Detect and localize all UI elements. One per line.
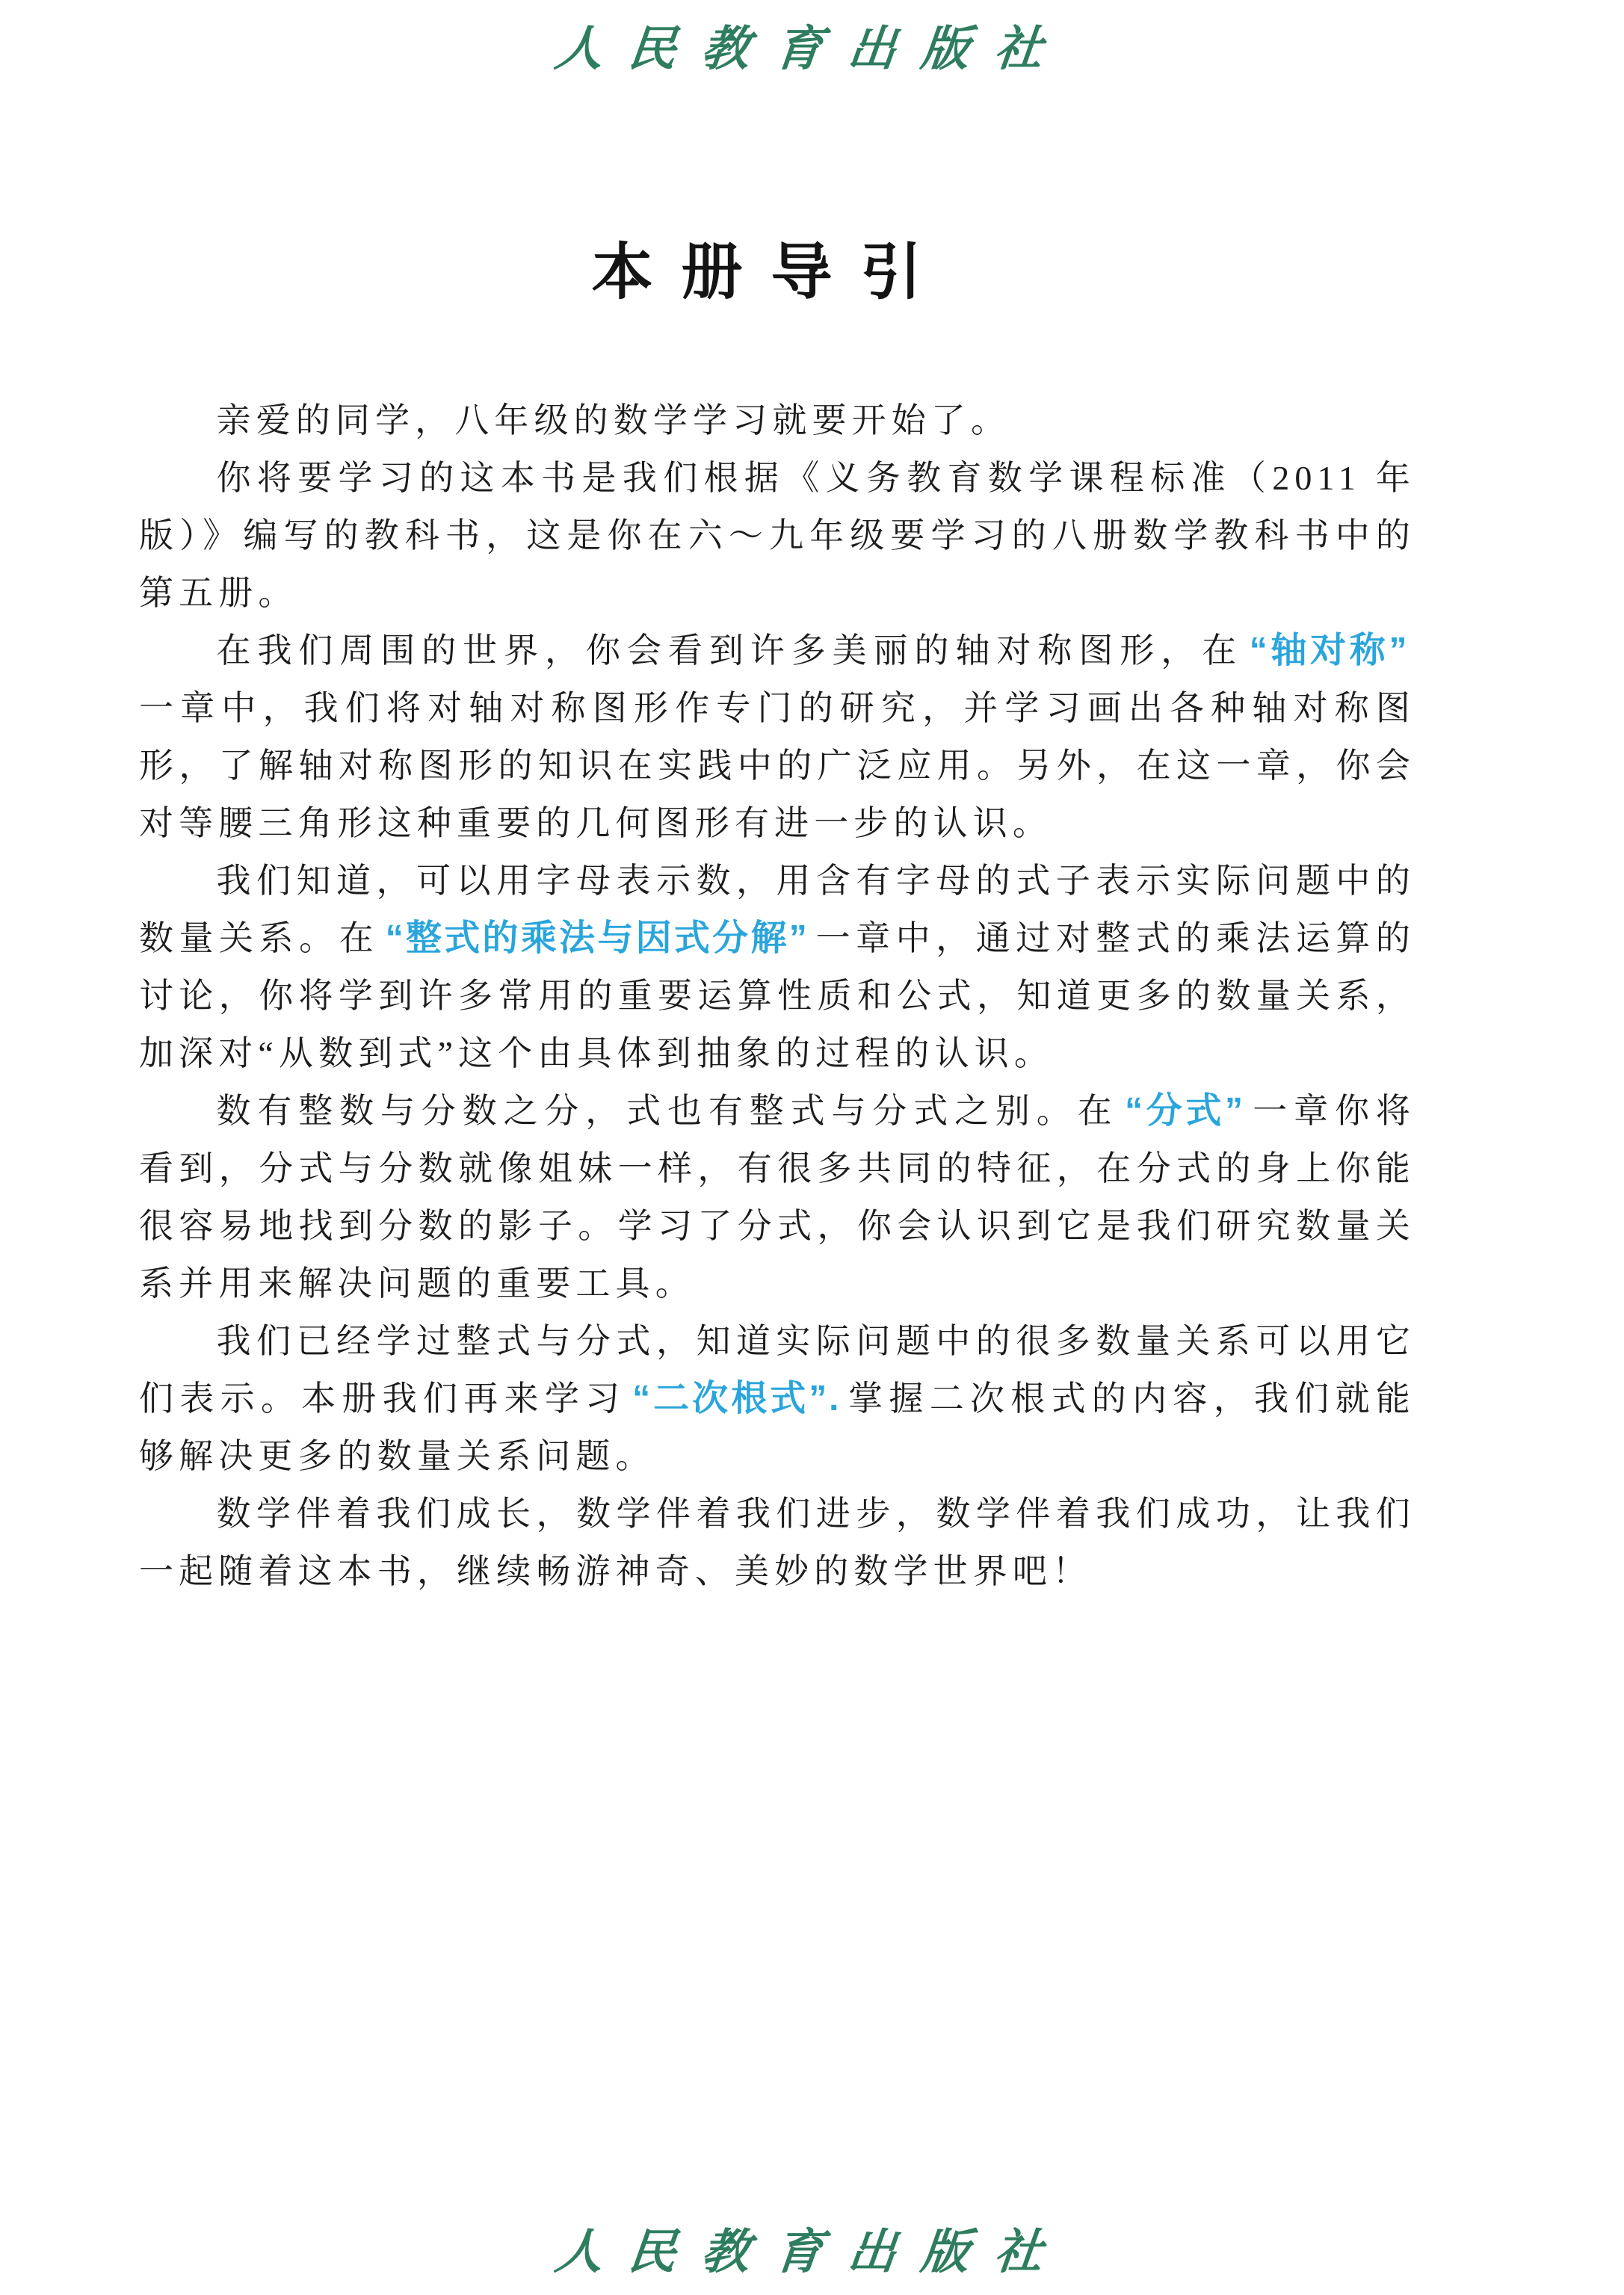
chapter-term-axial-symmetry: “轴对称” xyxy=(1250,631,1410,670)
paragraph-text: 在我们周围的世界，你会看到许多美丽的轴对称图形，在 xyxy=(217,631,1244,670)
paragraph-text: 一章中，我们将对轴对称图形作专门的研究，并学习画出各种轴对称图形，了解轴对称图形… xyxy=(139,689,1415,842)
chapter-term-multiplication-factoring: “整式的乘法与因式分解” xyxy=(386,918,809,958)
paragraph-closing: 数学伴着我们成长，数学伴着我们进步，数学伴着我们成功，让我们一起随着这本书，继续… xyxy=(139,1485,1415,1600)
publisher-logo-footer: 人民教育出版社 xyxy=(0,2214,1624,2282)
paragraph-axial-symmetry: 在我们周围的世界，你会看到许多美丽的轴对称图形，在“轴对称”一章中，我们将对轴对… xyxy=(139,622,1415,852)
paragraph-greeting: 亲爱的同学，八年级的数学学习就要开始了。 xyxy=(139,392,1415,449)
textbook-page: 人民教育出版社 本册导引 亲爱的同学，八年级的数学学习就要开始了。 你将要学习的… xyxy=(0,0,1624,2295)
paragraph-text: 亲爱的同学，八年级的数学学习就要开始了。 xyxy=(217,401,1011,439)
paragraph-quadratic-radicals: 我们已经学过整式与分式，知道实际问题中的很多数量关系可以用它们表示。本册我们再来… xyxy=(139,1312,1415,1485)
page-title: 本册导引 xyxy=(0,223,1542,311)
paragraph-text: 你将要学习的这本书是我们根据《义务教育数学课程标准（2011 年版）》编写的教科… xyxy=(139,459,1415,612)
introduction-text: 亲爱的同学，八年级的数学学习就要开始了。 你将要学习的这本书是我们根据《义务教育… xyxy=(139,392,1415,1600)
paragraph-fractions: 数有整数与分数之分，式也有整式与分式之别。在“分式”一章你将看到，分式与分数就像… xyxy=(139,1082,1415,1312)
paragraph-book-overview: 你将要学习的这本书是我们根据《义务教育数学课程标准（2011 年版）》编写的教科… xyxy=(139,449,1415,622)
paragraph-integer-expressions: 我们知道，可以用字母表示数，用含有字母的式子表示实际问题中的数量关系。在“整式的… xyxy=(139,852,1415,1082)
chapter-term-fractional-expressions: “分式” xyxy=(1125,1091,1245,1131)
paragraph-text: 数有整数与分数之分，式也有整式与分式之别。在 xyxy=(217,1092,1119,1130)
chapter-term-quadratic-radicals: “二次根式”. xyxy=(632,1379,841,1418)
publisher-logo-header: 人民教育出版社 xyxy=(0,10,1624,79)
paragraph-text: 数学伴着我们成长，数学伴着我们进步，数学伴着我们成功，让我们一起随着这本书，继续… xyxy=(139,1495,1415,1590)
